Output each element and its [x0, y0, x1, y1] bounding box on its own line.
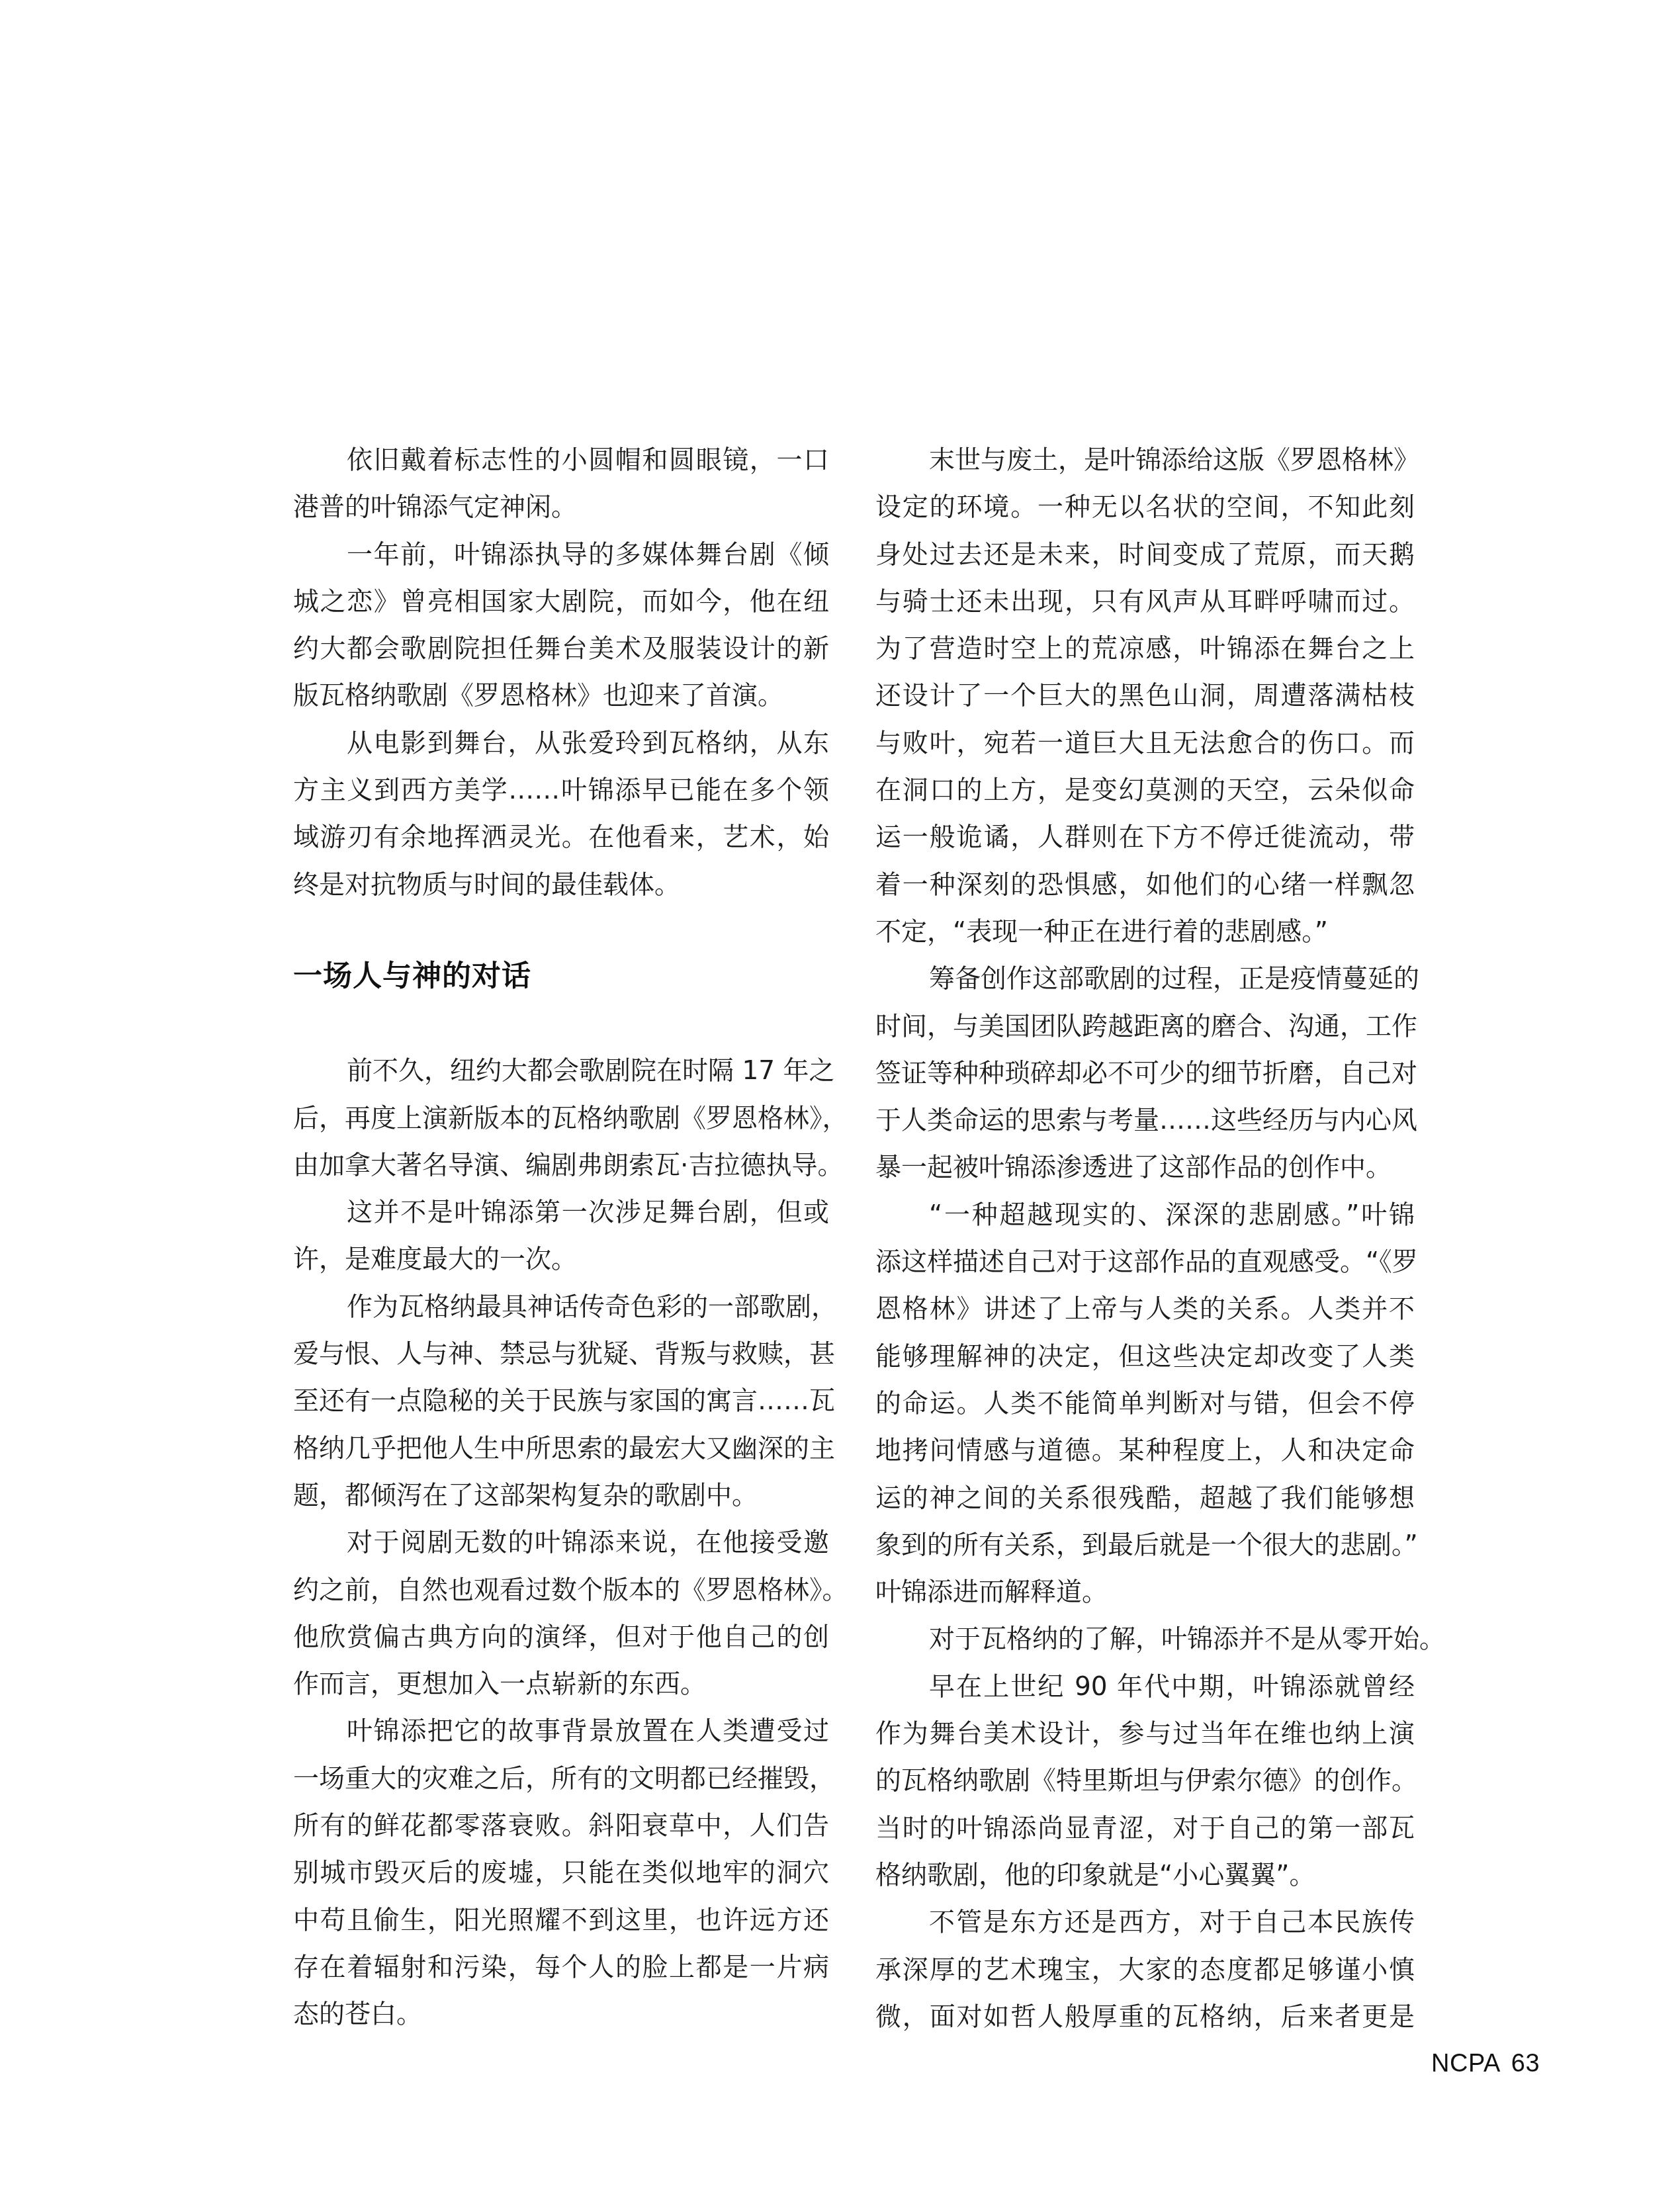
text-line: 添这样描述自己对于这部作品的直观感受。“《罗	[875, 1239, 1415, 1286]
text-line: 为了营造时空上的荒凉感，叶锦添在舞台之上	[875, 625, 1415, 672]
text-line: 约之前，自然也观看过数个版本的《罗恩格林》。	[293, 1567, 829, 1614]
paragraph: 叶锦添把它的故事背景放置在人类遭受过 一场重大的灾难之后，所有的文明都已经摧毁，…	[293, 1708, 829, 2038]
text-line: 签证等种种琐碎却必不可少的细节折磨，自己对	[875, 1050, 1415, 1097]
text-line: 叶锦添把它的故事背景放置在人类遭受过	[293, 1708, 829, 1755]
text-line: 承深厚的艺术瑰宝，大家的态度都足够谨小慎	[875, 1947, 1415, 1993]
text-line: 暴一起被叶锦添渗透进了这部作品的创作中。	[875, 1144, 1415, 1191]
right-column: 末世与废土，是叶锦添给这版《罗恩格林》 设定的环境。一种无以名状的空间，不知此刻…	[875, 437, 1415, 2040]
text-line: 能够理解神的决定，但这些决定却改变了人类	[875, 1333, 1415, 1380]
text-line: 运一般诡谲，人群则在下方不停迁徙流动，带	[875, 814, 1415, 861]
text-line: 微，面对如哲人般厚重的瓦格纳，后来者更是	[875, 1993, 1415, 2040]
page-number: 63	[1511, 2050, 1540, 2078]
paragraph: 末世与废土，是叶锦添给这版《罗恩格林》 设定的环境。一种无以名状的空间，不知此刻…	[875, 437, 1415, 955]
text-line: 早在上世纪 90 年代中期，叶锦添就曾经	[875, 1663, 1415, 1710]
text-line: 从电影到舞台，从张爱玲到瓦格纳，从东	[293, 720, 829, 767]
paragraph: 前不久，纽约大都会歌剧院在时隔 17 年之 后，再度上演新版本的瓦格纳歌剧《罗恩…	[293, 1047, 829, 1189]
text-line: 这并不是叶锦添第一次涉足舞台剧，但或	[293, 1189, 829, 1236]
text-line: 象到的所有关系，到最后就是一个很大的悲剧。”	[875, 1522, 1415, 1569]
paragraph: 对于阅剧无数的叶锦添来说，在他接受邀 约之前，自然也观看过数个版本的《罗恩格林》…	[293, 1519, 829, 1708]
text-line: 域游刃有余地挥洒灵光。在他看来，艺术，始	[293, 814, 829, 861]
text-line: 依旧戴着标志性的小圆帽和圆眼镜，一口	[293, 437, 829, 484]
text-line: 于人类命运的思索与考量……这些经历与内心风	[875, 1097, 1415, 1144]
text-line: 设定的环境。一种无以名状的空间，不知此刻	[875, 484, 1415, 531]
text-line: 不定，“表现一种正在进行着的悲剧感。”	[875, 908, 1415, 955]
text-line: 对于阅剧无数的叶锦添来说，在他接受邀	[293, 1519, 829, 1566]
text-line: 不管是东方还是西方，对于自己本民族传	[875, 1899, 1415, 1946]
paragraph: 从电影到舞台，从张爱玲到瓦格纳，从东 方主义到西方美学……叶锦添早已能在多个领 …	[293, 720, 829, 908]
paragraph: 不管是东方还是西方，对于自己本民族传 承深厚的艺术瑰宝，大家的态度都足够谨小慎 …	[875, 1899, 1415, 2040]
paragraph: 一年前，叶锦添执导的多媒体舞台剧《倾 城之恋》曾亮相国家大剧院，而如今，他在纽 …	[293, 531, 829, 720]
text-line: “一种超越现实的、深深的悲剧感。”叶锦	[875, 1192, 1415, 1239]
text-line: 港普的叶锦添气定神闲。	[293, 484, 829, 531]
text-line: 与骑士还未出现，只有风声从耳畔呼啸而过。	[875, 578, 1415, 625]
text-line: 城之恋》曾亮相国家大剧院，而如今，他在纽	[293, 578, 829, 625]
paragraph: “一种超越现实的、深深的悲剧感。”叶锦 添这样描述自己对于这部作品的直观感受。“…	[875, 1192, 1415, 1616]
text-line: 所有的鲜花都零落衰败。斜阳衰草中，人们告	[293, 1802, 829, 1849]
paragraph: 筹备创作这部歌剧的过程，正是疫情蔓延的 时间，与美国团队跨越距离的磨合、沟通，工…	[875, 955, 1415, 1191]
text-line: 作而言，更想加入一点崭新的东西。	[293, 1661, 829, 1708]
text-line: 还设计了一个巨大的黑色山洞，周遭落满枯枝	[875, 672, 1415, 719]
text-line: 约大都会歌剧院担任舞台美术及服装设计的新	[293, 625, 829, 672]
text-line: 爱与恨、人与神、禁忌与犹疑、背叛与救赎，甚	[293, 1331, 829, 1378]
text-line: 终是对抗物质与时间的最佳载体。	[293, 861, 829, 908]
page-folio: NCPA63	[1431, 2050, 1540, 2078]
text-line: 许，是难度最大的一次。	[293, 1236, 829, 1283]
text-line: 末世与废土，是叶锦添给这版《罗恩格林》	[875, 437, 1415, 484]
text-line: 态的苍白。	[293, 1991, 829, 2038]
paragraph: 对于瓦格纳的了解，叶锦添并不是从零开始。	[875, 1616, 1415, 1663]
text-line: 格纳几乎把他人生中所思索的最宏大又幽深的主	[293, 1425, 829, 1472]
text-line: 格纳歌剧，他的印象就是“小心翼翼”。	[875, 1852, 1415, 1899]
paragraph: 这并不是叶锦添第一次涉足舞台剧，但或 许，是难度最大的一次。	[293, 1189, 829, 1284]
text-line: 别城市毁灭后的废墟，只能在类似地牢的洞穴	[293, 1849, 829, 1896]
text-line: 对于瓦格纳的了解，叶锦添并不是从零开始。	[875, 1616, 1415, 1663]
text-line: 作为舞台美术设计，参与过当年在维也纳上演	[875, 1710, 1415, 1757]
text-line: 筹备创作这部歌剧的过程，正是疫情蔓延的	[875, 955, 1415, 1002]
text-line: 中苟且偷生，阳光照耀不到这里，也许远方还	[293, 1897, 829, 1944]
text-line: 与败叶，宛若一道巨大且无法愈合的伤口。而	[875, 720, 1415, 767]
text-line: 当时的叶锦添尚显青涩，对于自己的第一部瓦	[875, 1805, 1415, 1852]
text-line: 着一种深刻的恐惧感，如他们的心绪一样飘忽	[875, 861, 1415, 908]
text-line: 在洞口的上方，是变幻莫测的天空，云朵似命	[875, 767, 1415, 814]
text-line: 恩格林》讲述了上帝与人类的关系。人类并不	[875, 1286, 1415, 1333]
text-line: 时间，与美国团队跨越距离的磨合、沟通，工作	[875, 1003, 1415, 1050]
paragraph: 作为瓦格纳最具神话传奇色彩的一部歌剧， 爱与恨、人与神、禁忌与犹疑、背叛与救赎，…	[293, 1284, 829, 1519]
text-line: 方主义到西方美学……叶锦添早已能在多个领	[293, 767, 829, 814]
text-line: 身处过去还是未来，时间变成了荒原，而天鹅	[875, 531, 1415, 578]
text-line: 的瓦格纳歌剧《特里斯坦与伊索尔德》的创作。	[875, 1757, 1415, 1804]
text-line: 运的神之间的关系很残酷，超越了我们能够想	[875, 1475, 1415, 1522]
text-line: 的命运。人类不能简单判断对与错，但会不停	[875, 1380, 1415, 1427]
text-line: 叶锦添进而解释道。	[875, 1569, 1415, 1616]
text-line: 一场重大的灾难之后，所有的文明都已经摧毁，	[293, 1755, 829, 1802]
paragraph: 早在上世纪 90 年代中期，叶锦添就曾经 作为舞台美术设计，参与过当年在维也纳上…	[875, 1663, 1415, 1899]
section-heading: 一场人与神的对话	[293, 953, 829, 1000]
left-column: 依旧戴着标志性的小圆帽和圆眼镜，一口 港普的叶锦添气定神闲。 一年前，叶锦添执导…	[293, 437, 829, 2038]
text-line: 由加拿大著名导演、编剧弗朗索瓦·吉拉德执导。	[293, 1142, 829, 1189]
text-line: 作为瓦格纳最具神话传奇色彩的一部歌剧，	[293, 1284, 829, 1331]
text-line: 题，都倾泻在了这部架构复杂的歌剧中。	[293, 1472, 829, 1519]
text-line: 前不久，纽约大都会歌剧院在时隔 17 年之	[293, 1047, 829, 1094]
text-line: 他欣赏偏古典方向的演绎，但对于他自己的创	[293, 1614, 829, 1661]
text-line: 一年前，叶锦添执导的多媒体舞台剧《倾	[293, 531, 829, 578]
text-line: 后，再度上演新版本的瓦格纳歌剧《罗恩格林》，	[293, 1095, 829, 1142]
text-line: 至还有一点隐秘的关于民族与家国的寓言……瓦	[293, 1378, 829, 1424]
text-line: 存在着辐射和污染，每个人的脸上都是一片病	[293, 1944, 829, 1991]
text-line: 版瓦格纳歌剧《罗恩格林》也迎来了首演。	[293, 672, 829, 719]
text-line: 地拷问情感与道德。某种程度上，人和决定命	[875, 1427, 1415, 1474]
paragraph: 依旧戴着标志性的小圆帽和圆眼镜，一口 港普的叶锦添气定神闲。	[293, 437, 829, 531]
magazine-name: NCPA	[1431, 2050, 1501, 2078]
